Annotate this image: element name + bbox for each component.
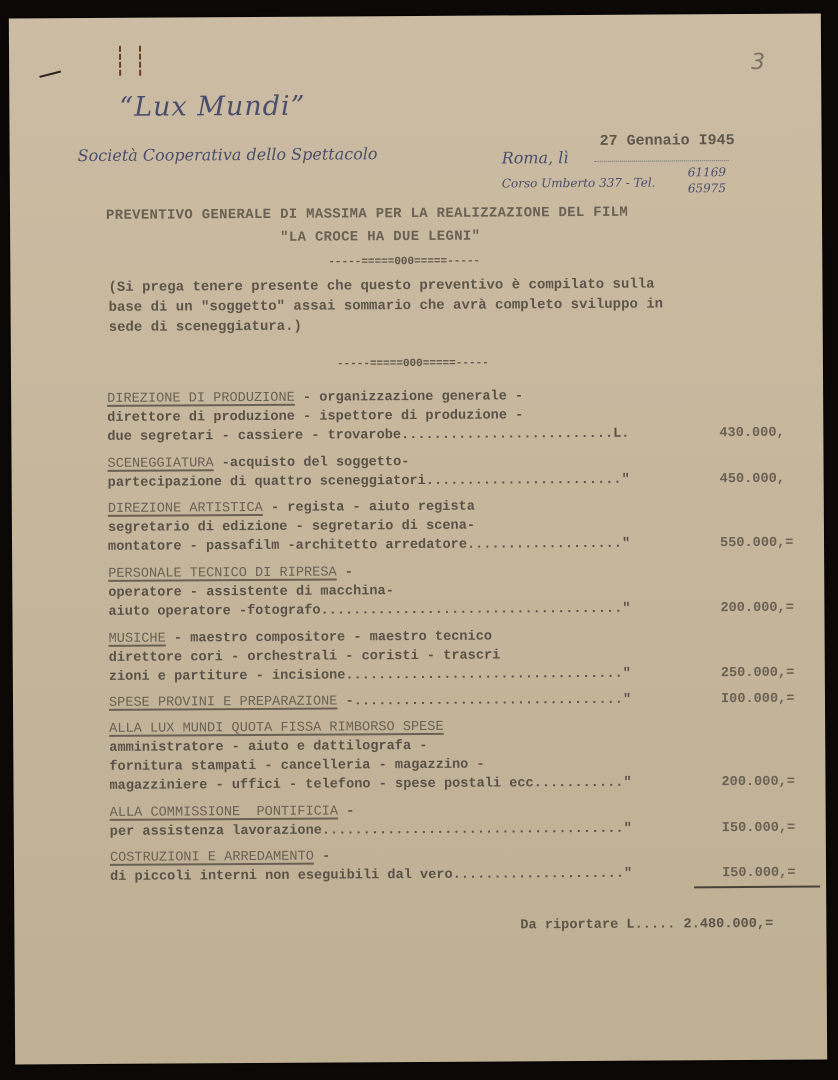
- carry-forward-amount: 2.480.000,=: [683, 917, 773, 933]
- item-text: -: [338, 804, 354, 819]
- letterhead-address: Corso Umberto 337 - Tel.: [502, 176, 656, 191]
- staple-marks: [119, 46, 141, 76]
- item-text: -acquisto del soggetto-: [214, 455, 410, 471]
- date-rule: [595, 160, 729, 162]
- item-amount: I50.000,=: [722, 866, 796, 881]
- item-text: partecipazione di quattro sceneggiatori.…: [108, 473, 630, 491]
- film-title: "LA CROCE HA DUE LEGNI": [280, 229, 480, 246]
- item-text: direttore cori - orchestrali - coristi -…: [109, 648, 501, 665]
- note-line: (Si prega tenere presente che questo pre…: [108, 277, 654, 296]
- note-line: sede di sceneggiatura.): [109, 319, 302, 336]
- document-page: 3 “Lux Mundi” Società Cooperativa dello …: [9, 14, 827, 1065]
- item-text: per assistenza lavorazione..............…: [110, 822, 632, 840]
- budget-item: SCENEGGIATURA -acquisto del soggetto-: [107, 455, 409, 472]
- item-amount: 550.000,=: [720, 536, 794, 551]
- budget-item: ALLA COMMISSIONE PONTIFICIA -: [110, 804, 355, 820]
- item-text: segretario di edizione - segretario di s…: [108, 519, 475, 536]
- carry-forward-label: Da riportare L.....: [520, 917, 675, 933]
- item-heading: DIREZIONE DI PRODUZIONE: [107, 391, 295, 407]
- item-heading: COSTRUZIONI E ARREDAMENTO: [110, 850, 314, 866]
- item-text: montatore - passafilm -architetto arreda…: [108, 537, 630, 555]
- budget-item: DIREZIONE DI PRODUZIONE - organizzazione…: [107, 389, 523, 407]
- budget-item: COSTRUZIONI E ARREDAMENTO -: [110, 850, 330, 866]
- item-heading: DIREZIONE ARTISTICA: [108, 501, 263, 517]
- separator: -----=====000=====-----: [328, 256, 480, 269]
- item-heading: MUSICHE: [109, 632, 166, 647]
- item-heading: ALLA LUX MUNDI QUOTA FISSA RIMBORSO SPES…: [109, 720, 444, 737]
- item-text: -: [314, 850, 330, 865]
- item-heading: SCENEGGIATURA: [107, 456, 213, 472]
- place-label: Roma, lì: [502, 148, 569, 167]
- phone-1: 61169: [688, 165, 726, 179]
- item-text: amministratore - aiuto e dattilografa -: [109, 739, 427, 756]
- item-amount: 200.000,=: [720, 601, 794, 616]
- document-title: PREVENTIVO GENERALE DI MASSIMA PER LA RE…: [106, 205, 628, 224]
- item-heading: ALLA COMMISSIONE PONTIFICIA: [110, 804, 339, 820]
- item-text: operatore - assistente di macchina-: [108, 584, 394, 601]
- separator: -----=====000=====-----: [337, 358, 489, 371]
- item-heading: SPESE PROVINI E PREPARAZIONE: [109, 694, 338, 710]
- budget-item: MUSICHE - maestro compositore - maestro …: [109, 630, 493, 647]
- budget-item: ALLA LUX MUNDI QUOTA FISSA RIMBORSO SPES…: [109, 720, 444, 737]
- item-text: - organizzazione generale -: [295, 389, 524, 405]
- item-amount: I00.000,=: [721, 692, 795, 707]
- budget-item: PERSONALE TECNICO DI RIPRESA -: [108, 565, 353, 581]
- item-amount: I50.000,=: [722, 821, 796, 836]
- budget-item: SPESE PROVINI E PREPARAZIONE -..........…: [109, 693, 631, 711]
- budget-item: DIREZIONE ARTISTICA - regista - aiuto re…: [108, 500, 475, 517]
- carry-forward: Da riportare L..... 2.480.000,=: [520, 917, 773, 934]
- note-line: base di un "soggetto" assai sommario che…: [109, 296, 664, 315]
- letterhead-brand: “Lux Mundi”: [119, 91, 305, 123]
- item-text: magazziniere - uffici - telefono - spese…: [109, 776, 631, 794]
- item-heading: PERSONALE TECNICO DI RIPRESA: [108, 565, 337, 581]
- item-text: due segretari - cassiere - trovarobe....…: [107, 427, 629, 445]
- phone-2: 65975: [688, 181, 726, 195]
- item-amount: 450.000,: [720, 472, 785, 487]
- item-text: fornitura stampati - cancelleria - magaz…: [109, 758, 484, 775]
- document-date: 27 Gennaio I945: [600, 132, 735, 150]
- page-number: 3: [751, 50, 765, 75]
- item-text: -: [337, 565, 353, 580]
- item-text: di piccoli interni non eseguibili dal ve…: [110, 867, 632, 885]
- item-text: -.................................": [337, 693, 631, 710]
- item-text: - maestro compositore - maestro tecnico: [166, 630, 492, 647]
- item-text: aiuto operatore -fotografo..............…: [108, 602, 630, 620]
- pen-mark: [39, 71, 61, 78]
- item-amount: 200.000,=: [721, 775, 795, 790]
- item-text: zioni e partiture - incisione...........…: [109, 667, 631, 685]
- item-amount: 430.000,: [719, 426, 784, 441]
- item-text: - regista - aiuto regista: [263, 500, 475, 516]
- total-rule: [694, 886, 820, 889]
- letterhead-tagline: Società Cooperativa dello Spettacolo: [78, 144, 378, 165]
- item-text: direttore di produzione - ispettore di p…: [107, 408, 523, 426]
- item-amount: 250.000,=: [721, 666, 795, 681]
